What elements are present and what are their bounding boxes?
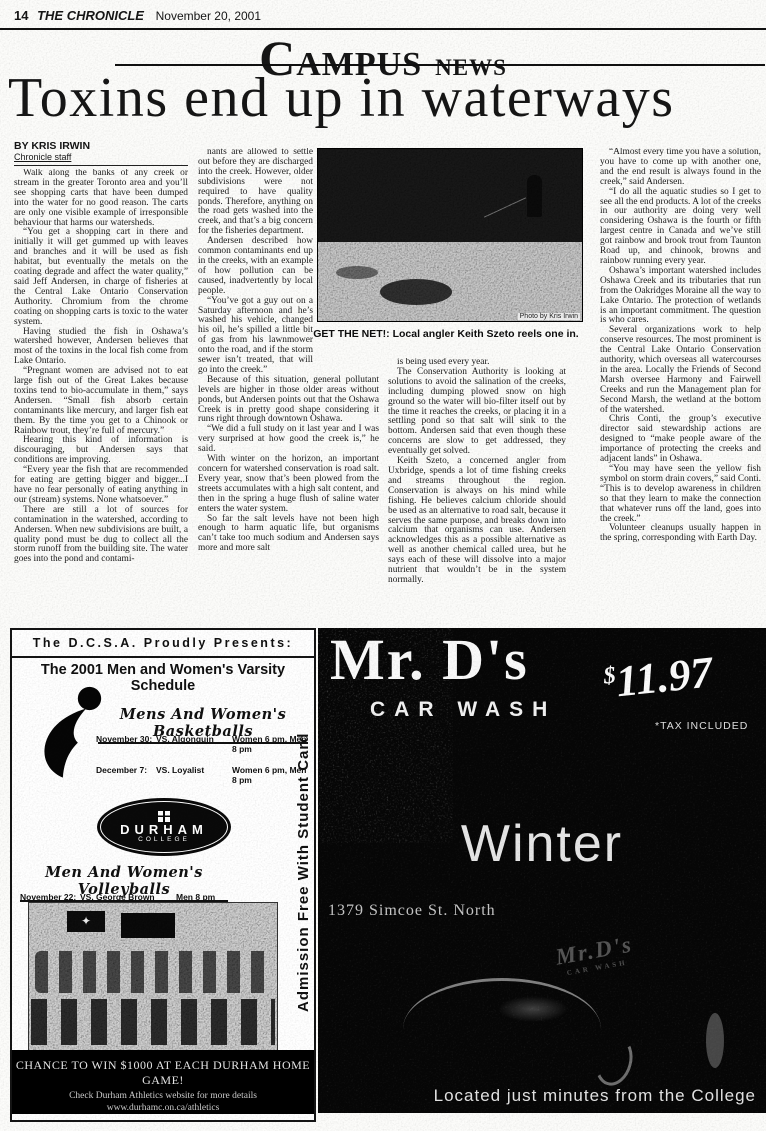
paragraph: Keith Szeto, a concerned angler from Uxb… xyxy=(388,457,566,586)
banner-website: www.durhamc.on.ca/athletics xyxy=(12,1103,314,1113)
durham-crest-icon xyxy=(158,811,170,822)
paragraph: “Almost every time you have a solution, … xyxy=(600,148,761,188)
paragraph: “You get a shopping cart in there and in… xyxy=(14,228,188,327)
photo-water-shadow xyxy=(380,279,452,305)
paragraph: There are still a lot of sources for con… xyxy=(14,506,188,565)
price-text: $11.97 xyxy=(602,646,715,708)
mrds-carwash-ad: Mr. D's CAR WASH $11.97 *TAX INCLUDED Wi… xyxy=(318,628,766,1113)
paragraph: “I do all the aquatic studies so I get t… xyxy=(600,188,761,267)
byline-role: Chronicle staff xyxy=(14,152,188,162)
canadian-flag-graphic: ✦ xyxy=(67,911,105,932)
car-body-highlight xyxy=(498,996,568,1022)
game-opponent: VS. Loyalist xyxy=(156,765,232,785)
caption-text: Local angler Keith Szeto reels one in. xyxy=(393,328,579,340)
paragraph: Oshawa’s important watershed includes Os… xyxy=(600,267,761,326)
photo-wrap-spacer xyxy=(313,148,379,358)
article-column-1: Walk along the banks of any creek or str… xyxy=(14,169,188,620)
photo-credit: Photo by Kris Irwin xyxy=(518,313,580,320)
paragraph: “We did a full study on it last year and… xyxy=(198,425,379,455)
paragraph: Having studied the fish in Oshawa’s wate… xyxy=(14,328,188,368)
season-text: Winter xyxy=(318,814,766,874)
game-opponent: VS. Algonquin xyxy=(156,734,232,754)
team-front-row xyxy=(31,999,275,1045)
article-headline: Toxins end up in waterways xyxy=(8,66,764,130)
page-number: 14 xyxy=(14,8,28,23)
game-date: December 7: xyxy=(96,765,156,785)
angler-figure xyxy=(527,175,542,217)
paragraph: “Pregnant women are advised not to eat l… xyxy=(14,367,188,436)
schedule-row: November 22: VS. George Brown Men 8 pm xyxy=(20,892,282,902)
admission-note: Admission Free With Student Card xyxy=(295,700,312,1045)
paragraph: Chris Conti, the group’s executive direc… xyxy=(600,415,761,465)
storefront-sign-graphic: Mr.D's CAR WASH xyxy=(554,931,637,978)
durham-college-logo: DURHAM COLLEGE xyxy=(97,798,231,856)
game-opponent: VS. George Brown xyxy=(80,892,176,902)
car-edge-highlight xyxy=(706,1013,724,1068)
mrds-logo-text: Mr. D's xyxy=(330,630,529,690)
durham-logo-sub: COLLEGE xyxy=(138,836,190,844)
paragraph: So far the salt levels have not been hig… xyxy=(198,515,379,555)
article-column-4: “Almost every time you have a solution, … xyxy=(600,148,761,620)
dcsa-ad-header: The D.C.S.A. Proudly Presents: xyxy=(12,630,314,658)
paragraph: Hearing this kind of information is disc… xyxy=(14,436,188,466)
newspaper-page: 14 THE CHRONICLE November 20, 2001 CAMPU… xyxy=(0,0,766,1131)
fishing-rod-graphic xyxy=(484,197,526,217)
page-header: 14 THE CHRONICLE November 20, 2001 xyxy=(14,8,261,23)
car-wheel-highlight xyxy=(590,1032,638,1090)
team-photo: ✦ xyxy=(28,902,278,1052)
byline-block: BY KRIS IRWIN Chronicle staff xyxy=(14,140,188,166)
paragraph: Several organizations work to help conse… xyxy=(600,326,761,415)
game-date: November 22: xyxy=(20,892,80,902)
game-time: Men 8 pm xyxy=(176,892,282,902)
paragraph: “You may have seen the yellow fish symbo… xyxy=(600,465,761,524)
dcsa-banner: CHANCE TO WIN $1000 AT EACH DURHAM HOME … xyxy=(12,1050,314,1114)
game-date: November 30: xyxy=(96,734,156,754)
banner-flag-graphic xyxy=(121,913,175,938)
paragraph: The Conservation Authority is looking at… xyxy=(388,368,566,457)
tax-note: *TAX INCLUDED xyxy=(655,720,748,732)
paragraph: Volunteer cleanups usually happen in the… xyxy=(600,524,761,544)
schedule-row: November 30: VS. Algonquin Women 6 pm, M… xyxy=(96,734,310,754)
team-back-row xyxy=(35,951,271,993)
article-column-2: nants are allowed to settle out before t… xyxy=(198,148,379,620)
dcsa-varsity-ad: The D.C.S.A. Proudly Presents: The 2001 … xyxy=(10,628,316,1122)
article-column-3: is being used every year. The Conservati… xyxy=(388,358,566,620)
durham-logo-name: DURHAM xyxy=(120,823,208,836)
schedule-row: December 7: VS. Loyalist Women 6 pm, Men… xyxy=(96,765,310,785)
basketball-schedule: November 30: VS. Algonquin Women 6 pm, M… xyxy=(96,734,310,796)
publication-name: THE CHRONICLE xyxy=(37,8,144,23)
issue-date: November 20, 2001 xyxy=(156,9,261,23)
banner-line-1: CHANCE TO WIN $1000 AT EACH DURHAM HOME … xyxy=(12,1050,314,1088)
ad-tagline: Located just minutes from the College xyxy=(434,1086,756,1106)
paragraph: Walk along the banks of any creek or str… xyxy=(14,169,188,228)
paragraph: Because of this situation, general pollu… xyxy=(198,376,379,426)
paragraph: “Every year the fish that are recommende… xyxy=(14,466,188,506)
address-text: 1379 Simcoe St. North xyxy=(328,902,496,920)
mrds-subtitle: CAR WASH xyxy=(370,698,556,722)
paragraph: With winter on the horizon, an important… xyxy=(198,455,379,514)
banner-line-2: Check Durham Athletics website for more … xyxy=(12,1091,314,1101)
byline-author: BY KRIS IRWIN xyxy=(14,140,188,152)
